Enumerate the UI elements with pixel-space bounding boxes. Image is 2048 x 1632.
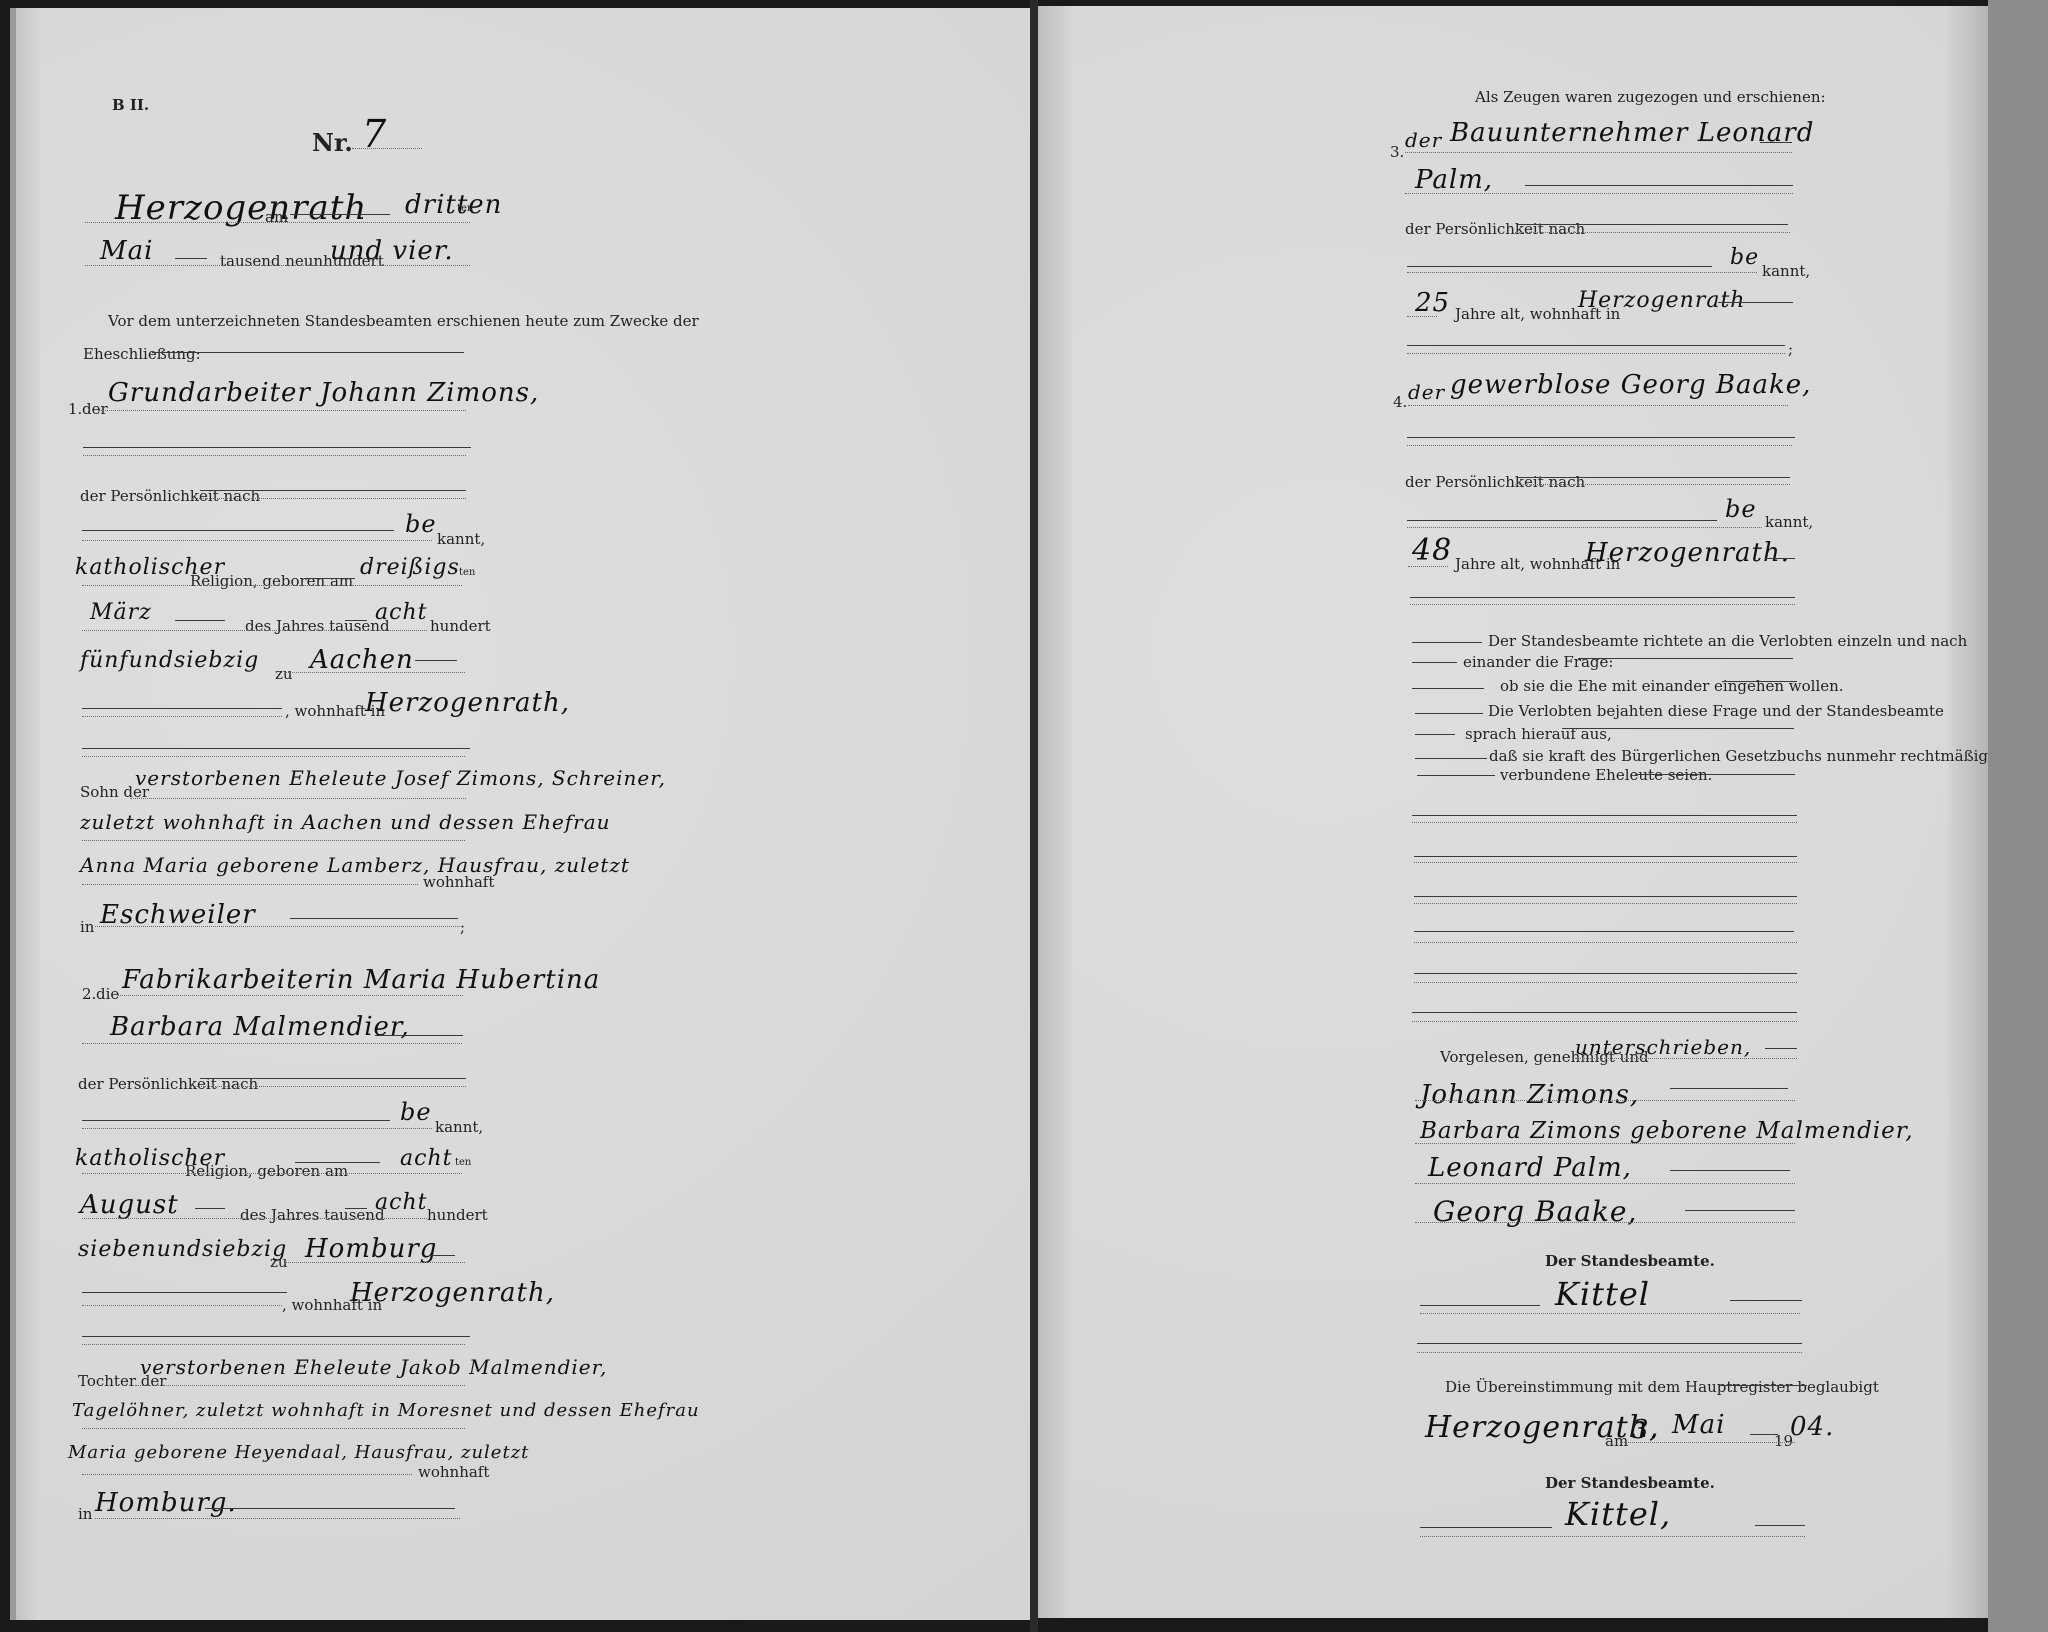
- witness-3-known-by: be: [1730, 245, 1759, 270]
- certification-registrar-signature: Kittel,: [1565, 1495, 1671, 1533]
- bride-residence: Herzogenrath,: [350, 1278, 555, 1308]
- bride-in-label: in: [78, 1505, 92, 1523]
- bride-occupation-name-1: Fabrikarbeiterin Maria Hubertina: [122, 965, 600, 995]
- book-gutter: [1030, 0, 1038, 1632]
- bride-parents-line2: Tagelöhner, zuletzt wohnhaft in Moresnet…: [72, 1400, 700, 1421]
- groom-known-by: be: [405, 510, 437, 538]
- groom-hundert-label: hundert: [430, 617, 491, 635]
- groom-parents-line2: zuletzt wohnhaft in Aachen und dessen Eh…: [80, 810, 611, 834]
- registry-year-suffix: und vier.: [330, 236, 454, 266]
- form-code: B II.: [112, 96, 149, 114]
- bride-birth-day: acht: [400, 1146, 452, 1171]
- entry-number: 7: [362, 112, 387, 156]
- day-suffix: ten: [457, 203, 473, 214]
- signature-witness-3: Leonard Palm,: [1428, 1153, 1632, 1183]
- bride-day-suffix: ten: [455, 1157, 471, 1168]
- groom-occupation-name: Grundarbeiter Johann Zimons,: [108, 378, 539, 408]
- bride-number: 2.: [82, 985, 96, 1003]
- book-edge: [1988, 0, 2048, 1632]
- intro-text-2: Eheschließung:: [83, 345, 201, 363]
- witness-4-kannt-label: kannt,: [1765, 513, 1813, 531]
- witnesses-header: Als Zeugen waren zugezogen und erschiene…: [1475, 88, 1826, 106]
- certification-text: Die Übereinstimmung mit dem Hauptregiste…: [1445, 1378, 1879, 1396]
- witness-3-number: 3.: [1390, 143, 1404, 161]
- witness-3-semicolon: ;: [1788, 340, 1793, 358]
- ceremony-line-3: ob sie die Ehe mit einander eingehen wol…: [1500, 677, 1844, 695]
- witness-3-residence: Herzogenrath: [1578, 288, 1745, 313]
- witness-4-occupation-name: gewerblose Georg Baake,: [1450, 370, 1811, 400]
- groom-kannt-label: kannt,: [437, 530, 485, 548]
- groom-zu-label: zu: [275, 665, 293, 683]
- bride-known-by: be: [400, 1098, 432, 1126]
- bride-parents-residence: Homburg.: [95, 1488, 237, 1518]
- witness-4-persoenlichkeit-label: der Persönlichkeit nach: [1405, 473, 1585, 491]
- groom-birth-place: Aachen: [310, 645, 414, 675]
- ceremony-line-2: einander die Frage:: [1463, 653, 1613, 671]
- groom-birth-century: acht: [375, 600, 427, 625]
- date-am-label: am: [265, 208, 288, 226]
- bride-article: die: [96, 985, 119, 1003]
- witness-4-age: 48: [1412, 533, 1452, 568]
- bride-occupation-name-2: Barbara Malmendier,: [110, 1012, 410, 1042]
- signature-bride: Barbara Zimons geborene Malmendier,: [1420, 1118, 1914, 1144]
- bride-kannt-label: kannt,: [435, 1118, 483, 1136]
- groom-parents-line3: Anna Maria geborene Lamberz, Hausfrau, z…: [80, 853, 630, 877]
- groom-birth-year: fünfundsiebzig: [80, 648, 259, 673]
- certification-month: Mai: [1672, 1410, 1725, 1440]
- witness-4-number: 4.: [1393, 393, 1407, 411]
- witness-3-kannt-label: kannt,: [1762, 262, 1810, 280]
- groom-wohnhaft-label-2: wohnhaft: [423, 873, 494, 891]
- bride-birth-year: siebenundsiebzig: [78, 1237, 287, 1262]
- entry-number-label: Nr.: [312, 128, 353, 157]
- groom-religion-label: Religion, geboren am: [190, 572, 353, 590]
- witness-4-known-by: be: [1725, 495, 1757, 523]
- intro-text: Vor dem unterzeichneten Standesbeamten e…: [108, 312, 699, 330]
- certification-year-suffix: 04.: [1790, 1412, 1834, 1442]
- bride-parents-line3: Maria geborene Heyendaal, Hausfrau, zule…: [68, 1442, 529, 1463]
- registry-month: Mai: [100, 236, 153, 266]
- bride-hundert-label: hundert: [427, 1206, 488, 1224]
- groom-birth-month: März: [90, 600, 152, 625]
- bride-birth-place: Homburg: [305, 1234, 437, 1264]
- witness-3-occupation-name-1: Bauunternehmer Leonard: [1450, 118, 1814, 148]
- ceremony-line-7: verbundene Eheleute seien.: [1500, 766, 1712, 784]
- certification-am-label: am: [1605, 1432, 1628, 1450]
- bride-birth-month: August: [80, 1190, 179, 1220]
- registry-day: dritten: [405, 190, 502, 220]
- read-approved-value: unterschrieben,: [1575, 1035, 1751, 1059]
- witness-3-article: der: [1405, 128, 1442, 152]
- groom-in-label: in: [80, 918, 94, 936]
- certification-day: 3.: [1632, 1415, 1659, 1445]
- groom-des-jahres-label: des Jahres tausend: [245, 617, 390, 635]
- groom-number: 1.: [68, 400, 82, 418]
- registrar-title: Der Standesbeamte.: [1545, 1252, 1715, 1270]
- groom-residence: Herzogenrath,: [365, 688, 570, 718]
- witness-4-article: der: [1408, 380, 1445, 404]
- bride-birth-century: acht: [375, 1190, 427, 1215]
- witness-3-persoenlichkeit-label: der Persönlichkeit nach: [1405, 220, 1585, 238]
- bride-religion-label: Religion, geboren am: [185, 1162, 348, 1180]
- bride-parents-line1: verstorbenen Eheleute Jakob Malmendier,: [140, 1355, 607, 1379]
- signature-groom: Johann Zimons,: [1420, 1080, 1639, 1110]
- groom-parents-line1: verstorbenen Eheleute Josef Zimons, Schr…: [135, 766, 666, 790]
- registrar-signature: Kittel: [1555, 1275, 1650, 1313]
- groom-birth-day: dreißigs: [360, 555, 460, 580]
- ceremony-line-4: Die Verlobten bejahten diese Frage und d…: [1488, 702, 1944, 720]
- groom-semicolon: ;: [460, 918, 465, 936]
- witness-3-occupation-name-2: Palm,: [1415, 165, 1493, 195]
- groom-day-suffix: ten: [459, 567, 475, 578]
- witness-3-age: 25: [1415, 288, 1450, 318]
- signature-witness-4: Georg Baake,: [1433, 1195, 1637, 1228]
- groom-article: der: [82, 400, 108, 418]
- bride-wohnhaft-label-2: wohnhaft: [418, 1463, 489, 1481]
- right-page: [1038, 6, 1988, 1618]
- certification-registrar-title: Der Standesbeamte.: [1545, 1474, 1715, 1492]
- ceremony-line-6: daß sie kraft des Bürgerlichen Gesetzbuc…: [1489, 747, 1988, 765]
- witness-4-residence: Herzogenrath.: [1585, 538, 1790, 568]
- ceremony-line-1: Der Standesbeamte richtete an die Verlob…: [1488, 632, 1967, 650]
